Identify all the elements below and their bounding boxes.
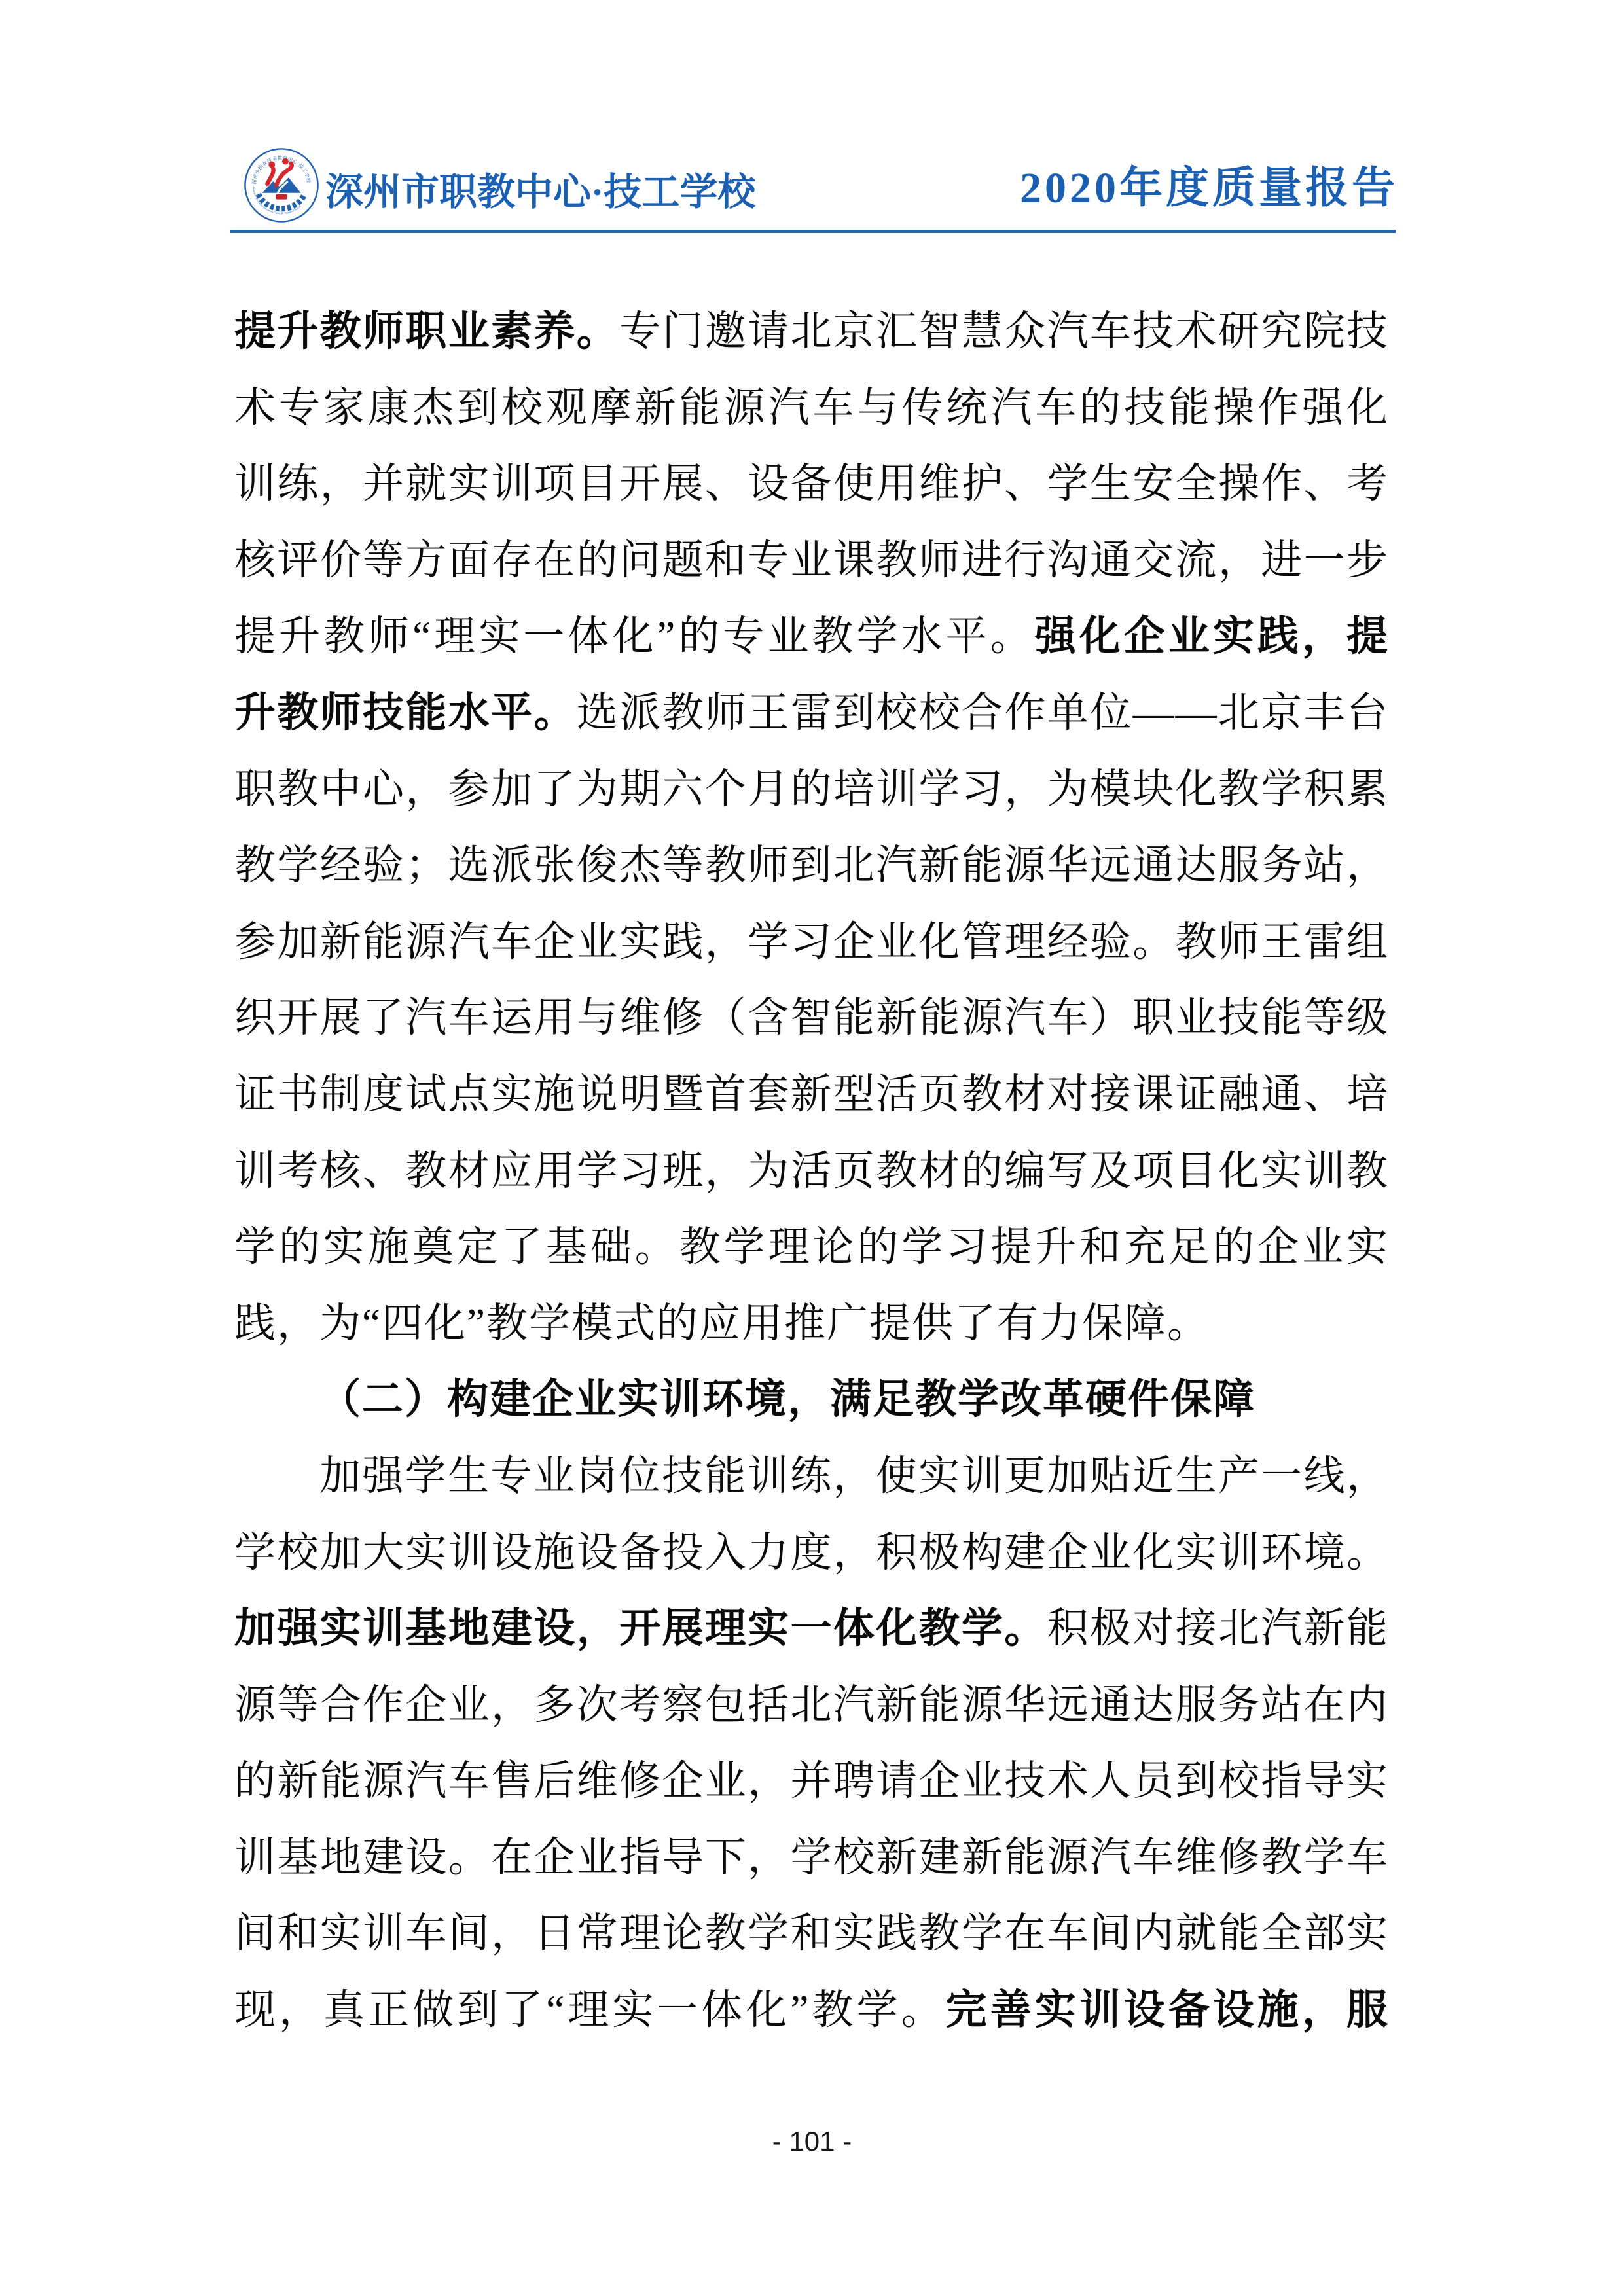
text-run: 术专家康杰到校观摩新能源汽车与传统汽车的技能操作强化 xyxy=(234,385,1389,431)
text-run: 加强学生专业岗位技能训练，使实训更加贴近生产一线， xyxy=(319,1453,1389,1499)
text-run: 践，为“四化”教学模式的应用推广提供了有力保障。 xyxy=(234,1300,1210,1346)
text-run: 提升教师“理实一体化”的专业教学水平。 xyxy=(234,613,1035,659)
text-line: （二）构建企业实训环境，满足教学改革硬件保障 xyxy=(234,1361,1389,1438)
text-run: 核评价等方面存在的问题和专业课教师进行沟通交流，进一步 xyxy=(234,537,1389,583)
text-line: 训练，并就实训项目开展、设备使用维护、学生安全操作、考 xyxy=(234,446,1389,522)
text-run: 现，真正做到了“理实一体化”教学。 xyxy=(234,1987,946,2033)
text-run: 训基地建设。在企业指导下，学校新建新能源汽车维修教学车 xyxy=(234,1835,1389,1880)
text-run: 职教中心，参加了为期六个月的培训学习，为模块化教学积累 xyxy=(234,766,1389,812)
text-line: 术专家康杰到校观摩新能源汽车与传统汽车的技能操作强化 xyxy=(234,370,1389,446)
document-body: 提升教师职业素养。专门邀请北京汇智慧众汽车技术研究院技术专家康杰到校观摩新能源汽… xyxy=(234,293,1389,2049)
text-line: 现，真正做到了“理实一体化”教学。完善实训设备设施，服 xyxy=(234,1972,1389,2049)
text-line: 加强实训基地建设，开展理实一体化教学。积极对接北汽新能 xyxy=(234,1590,1389,1667)
text-line: 织开展了汽车运用与维修（含智能新能源汽车）职业技能等级 xyxy=(234,980,1389,1056)
text-run-bold: 强化企业实践，提 xyxy=(1035,613,1389,659)
text-line: 学的实施奠定了基础。教学理论的学习提升和充足的企业实 xyxy=(234,1209,1389,1285)
text-run: 学的实施奠定了基础。教学理论的学习提升和充足的企业实 xyxy=(234,1224,1389,1270)
text-run: 训练，并就实训项目开展、设备使用维护、学生安全操作、考 xyxy=(234,461,1389,507)
text-line: 提升教师“理实一体化”的专业教学水平。强化企业实践，提 xyxy=(234,598,1389,675)
text-line: 的新能源汽车售后维修企业，并聘请企业技术人员到校指导实 xyxy=(234,1743,1389,1820)
report-title: 2020年度质量报告 xyxy=(1020,162,1398,215)
text-line: 训基地建设。在企业指导下，学校新建新能源汽车维修教学车 xyxy=(234,1820,1389,1896)
ribbon-icon xyxy=(276,194,287,200)
text-line: 证书制度试点实施说明暨首套新型活页教材对接课证融通、培 xyxy=(234,1056,1389,1133)
text-line: 教学经验；选派张俊杰等教师到北汽新能源华远通达服务站， xyxy=(234,827,1389,904)
text-line: 核评价等方面存在的问题和专业课教师进行沟通交流，进一步 xyxy=(234,522,1389,599)
text-run: 专门邀请北京汇智慧众汽车技术研究院技 xyxy=(619,308,1389,354)
text-run-bold: 升教师技能水平。 xyxy=(234,690,577,736)
text-run-bold: 完善实训设备设施，服 xyxy=(946,1987,1389,2033)
text-run: 选派教师王雷到校校合作单位——北京丰台 xyxy=(577,690,1389,736)
text-line: 学校加大实训设施设备投入力度，积极构建企业化实训环境。 xyxy=(234,1515,1389,1591)
text-line: 间和实训车间，日常理论教学和实践教学在车间内就能全部实 xyxy=(234,1895,1389,1972)
text-run: 学校加大实训设施设备投入力度，积极构建企业化实训环境。 xyxy=(234,1530,1389,1575)
text-run-bold: （二）构建企业实训环境，满足教学改革硬件保障 xyxy=(319,1376,1255,1422)
text-line: 加强学生专业岗位技能训练，使实训更加贴近生产一线， xyxy=(234,1438,1389,1515)
text-line: 提升教师职业素养。专门邀请北京汇智慧众汽车技术研究院技 xyxy=(234,293,1389,370)
text-run: 间和实训车间，日常理论教学和实践教学在车间内就能全部实 xyxy=(234,1910,1389,1956)
text-line: 践，为“四化”教学模式的应用推广提供了有力保障。 xyxy=(234,1285,1389,1362)
text-line: 职教中心，参加了为期六个月的培训学习，为模块化教学积累 xyxy=(234,751,1389,828)
text-line: 训考核、教材应用学习班，为活页教材的编写及项目化实训教 xyxy=(234,1133,1389,1210)
text-line: 源等合作企业，多次考察包括北汽新能源华远通达服务站在内 xyxy=(234,1667,1389,1744)
text-line: 升教师技能水平。选派教师王雷到校校合作单位——北京丰台 xyxy=(234,675,1389,751)
text-line: 参加新能源汽车企业实践，学习企业化管理经验。教师王雷组 xyxy=(234,904,1389,980)
page-number: - 101 - xyxy=(0,2126,1624,2157)
text-run: 织开展了汽车运用与维修（含智能新能源汽车）职业技能等级 xyxy=(234,995,1389,1041)
text-run: 参加新能源汽车企业实践，学习企业化管理经验。教师王雷组 xyxy=(234,919,1389,965)
header-rule xyxy=(230,230,1396,233)
text-run: 证书制度试点实施说明暨首套新型活页教材对接课证融通、培 xyxy=(234,1071,1389,1117)
text-run: 教学经验；选派张俊杰等教师到北汽新能源华远通达服务站， xyxy=(234,842,1389,888)
school-badge-logo: 深州市职业技术教育中心·技工学校 Shenzhou Vocational Edu… xyxy=(243,147,320,224)
text-run-bold: 加强实训基地建设，开展理实一体化教学。 xyxy=(234,1605,1047,1651)
figure-head-right-icon xyxy=(282,158,289,165)
text-run: 源等合作企业，多次考察包括北汽新能源华远通达服务站在内 xyxy=(234,1682,1389,1728)
text-run: 的新能源汽车售后维修企业，并聘请企业技术人员到校指导实 xyxy=(234,1758,1389,1804)
school-name: 深州市职教中心·技工学校 xyxy=(325,169,755,216)
text-run-bold: 提升教师职业素养。 xyxy=(234,308,619,354)
text-run: 训考核、教材应用学习班，为活页教材的编写及项目化实训教 xyxy=(234,1148,1389,1194)
document-page: 深州市职业技术教育中心·技工学校 Shenzhou Vocational Edu… xyxy=(0,0,1624,2296)
text-run: 积极对接北汽新能 xyxy=(1047,1605,1389,1651)
